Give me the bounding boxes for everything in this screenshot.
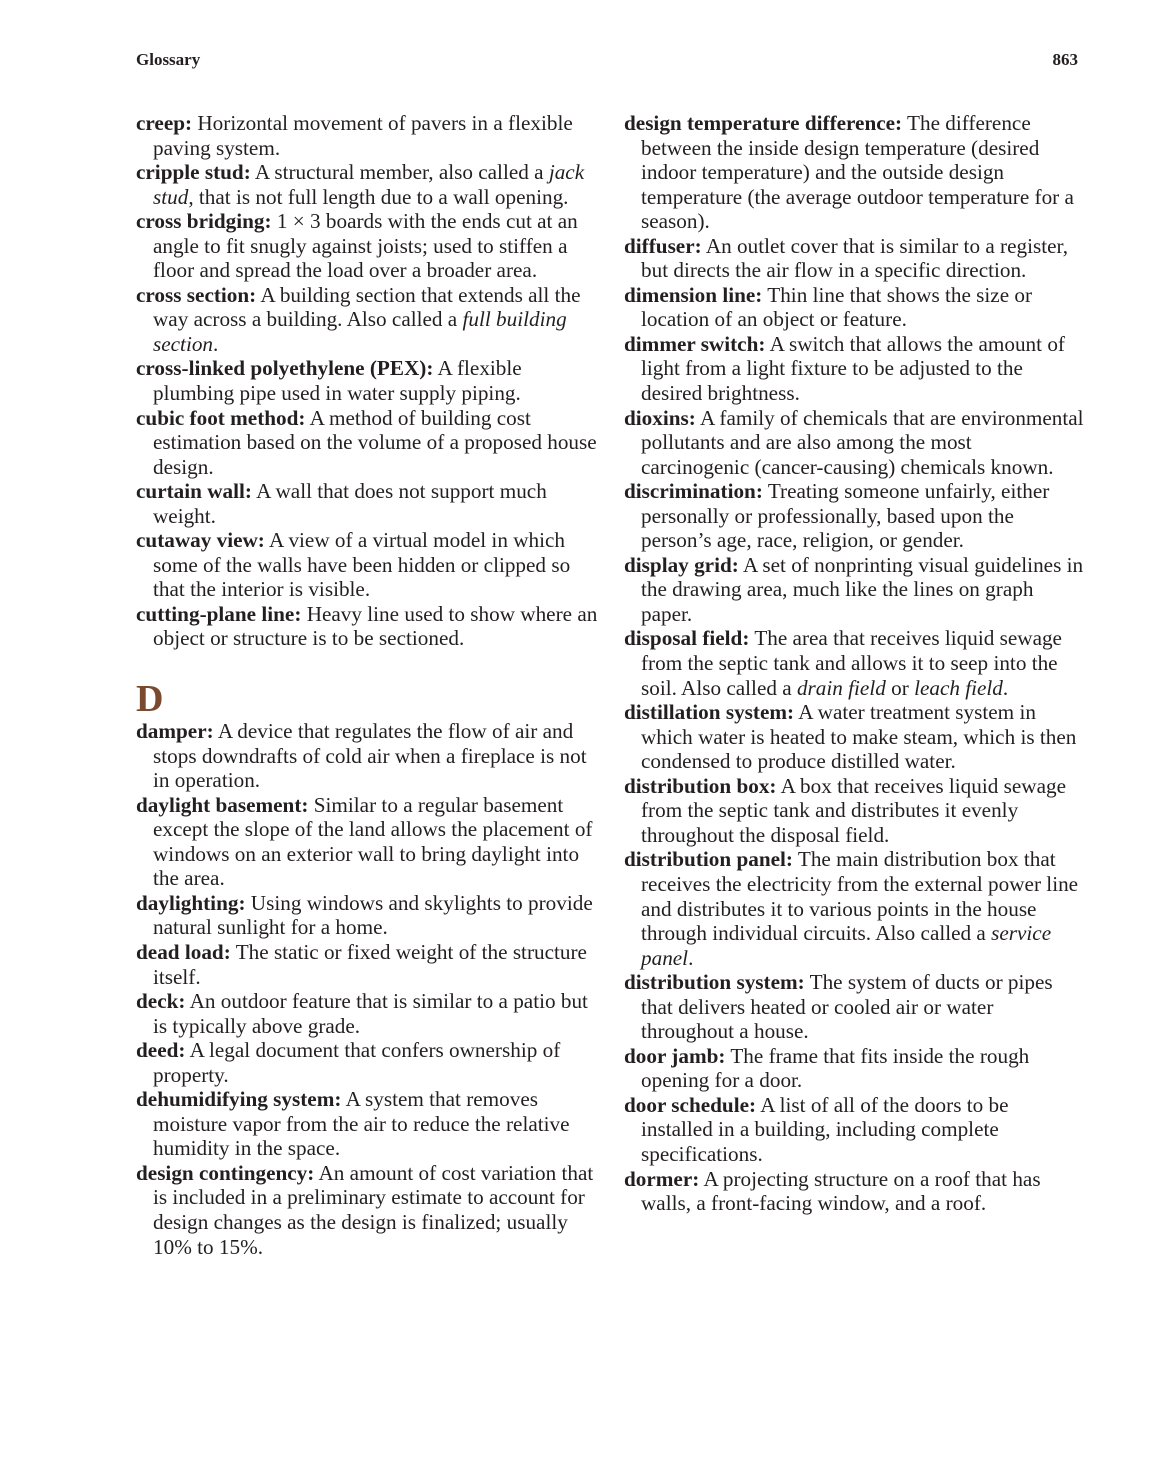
glossary-entry: daylighting: Using windows and skylights… bbox=[136, 891, 598, 940]
page-number: 863 bbox=[1053, 50, 1079, 70]
glossary-term: diffuser: bbox=[624, 234, 702, 258]
glossary-term: dehumidifying system: bbox=[136, 1087, 341, 1111]
glossary-term: dioxins: bbox=[624, 406, 696, 430]
glossary-term: daylighting: bbox=[136, 891, 246, 915]
letter-heading-d: D bbox=[136, 679, 598, 719]
glossary-term: dormer: bbox=[624, 1167, 699, 1191]
glossary-entry: daylight basement: Similar to a regular … bbox=[136, 793, 598, 891]
glossary-definition: An outlet cover that is similar to a reg… bbox=[641, 234, 1068, 283]
glossary-entry: dioxins: A family of chemicals that are … bbox=[624, 406, 1084, 480]
glossary-term: discrimination: bbox=[624, 479, 763, 503]
glossary-term: cubic foot method: bbox=[136, 406, 305, 430]
glossary-entry: cripple stud: A structural member, also … bbox=[136, 160, 598, 209]
glossary-definition: An outdoor feature that is similar to a … bbox=[153, 989, 588, 1038]
glossary-term: deed: bbox=[136, 1038, 185, 1062]
glossary-term: design contingency: bbox=[136, 1161, 314, 1185]
glossary-entry: cutting-plane line: Heavy line used to s… bbox=[136, 602, 598, 651]
glossary-definition: A device that regulates the flow of air … bbox=[153, 719, 587, 792]
glossary-definition: Horizontal movement of pavers in a flexi… bbox=[153, 111, 573, 160]
glossary-entry: cross-linked polyethylene (PEX): A flexi… bbox=[136, 356, 598, 405]
glossary-entry: discrimination: Treating someone unfairl… bbox=[624, 479, 1084, 553]
glossary-term: cutaway view: bbox=[136, 528, 265, 552]
glossary-entry: cross bridging: 1 × 3 boards with the en… bbox=[136, 209, 598, 283]
glossary-entry: dehumidifying system: A system that remo… bbox=[136, 1087, 598, 1161]
glossary-term: damper: bbox=[136, 719, 214, 743]
glossary-entry: distribution box: A box that receives li… bbox=[624, 774, 1084, 848]
glossary-term: cross section: bbox=[136, 283, 256, 307]
glossary-entry: damper: A device that regulates the flow… bbox=[136, 719, 598, 793]
glossary-term: distribution system: bbox=[624, 970, 805, 994]
glossary-entry: design contingency: An amount of cost va… bbox=[136, 1161, 598, 1259]
glossary-entry: dimension line: Thin line that shows the… bbox=[624, 283, 1084, 332]
glossary-entry: door schedule: A list of all of the door… bbox=[624, 1093, 1084, 1167]
glossary-term: daylight basement: bbox=[136, 793, 308, 817]
glossary-entry: diffuser: An outlet cover that is simila… bbox=[624, 234, 1084, 283]
glossary-definition: A projecting structure on a roof that ha… bbox=[641, 1167, 1041, 1216]
entries-d: damper: A device that regulates the flow… bbox=[136, 719, 598, 1259]
glossary-definition: A legal document that confers ownership … bbox=[153, 1038, 560, 1087]
glossary-entry: deck: An outdoor feature that is similar… bbox=[136, 989, 598, 1038]
glossary-term: distribution panel: bbox=[624, 847, 793, 871]
glossary-term: cross-linked polyethylene (PEX): bbox=[136, 356, 433, 380]
glossary-term: cutting-plane line: bbox=[136, 602, 301, 626]
glossary-term: curtain wall: bbox=[136, 479, 252, 503]
glossary-term: distillation system: bbox=[624, 700, 794, 724]
glossary-term: creep: bbox=[136, 111, 192, 135]
glossary-column-left: creep: Horizontal movement of pavers in … bbox=[136, 111, 598, 1259]
glossary-entry: cross section: A building section that e… bbox=[136, 283, 598, 357]
glossary-term: distribution box: bbox=[624, 774, 776, 798]
glossary-entry: dimmer switch: A switch that allows the … bbox=[624, 332, 1084, 406]
glossary-term: door jamb: bbox=[624, 1044, 725, 1068]
glossary-entry: cutaway view: A view of a virtual model … bbox=[136, 528, 598, 602]
glossary-term: dead load: bbox=[136, 940, 231, 964]
glossary-entry: design temperature difference: The diffe… bbox=[624, 111, 1084, 234]
glossary-column-right: design temperature difference: The diffe… bbox=[624, 111, 1084, 1216]
glossary-term: dimmer switch: bbox=[624, 332, 765, 356]
glossary-entry: creep: Horizontal movement of pavers in … bbox=[136, 111, 598, 160]
glossary-entry: cubic foot method: A method of building … bbox=[136, 406, 598, 480]
glossary-term: disposal field: bbox=[624, 626, 749, 650]
running-head-title: Glossary bbox=[136, 50, 200, 70]
glossary-term: display grid: bbox=[624, 553, 739, 577]
glossary-term: dimension line: bbox=[624, 283, 762, 307]
glossary-entry: distribution system: The system of ducts… bbox=[624, 970, 1084, 1044]
glossary-entry: dormer: A projecting structure on a roof… bbox=[624, 1167, 1084, 1216]
glossary-entry: door jamb: The frame that fits inside th… bbox=[624, 1044, 1084, 1093]
glossary-term: design temperature difference: bbox=[624, 111, 902, 135]
glossary-entry: dead load: The static or fixed weight of… bbox=[136, 940, 598, 989]
glossary-term: cripple stud: bbox=[136, 160, 251, 184]
glossary-definition: A family of chemicals that are environme… bbox=[641, 406, 1084, 479]
entries-right: design temperature difference: The diffe… bbox=[624, 111, 1084, 1216]
glossary-entry: curtain wall: A wall that does not suppo… bbox=[136, 479, 598, 528]
glossary-entry: distribution panel: The main distributio… bbox=[624, 847, 1084, 970]
glossary-entry: deed: A legal document that confers owne… bbox=[136, 1038, 598, 1087]
glossary-term: door schedule: bbox=[624, 1093, 756, 1117]
glossary-entry: disposal field: The area that receives l… bbox=[624, 626, 1084, 700]
entries-before-d: creep: Horizontal movement of pavers in … bbox=[136, 111, 598, 651]
glossary-term: deck: bbox=[136, 989, 185, 1013]
glossary-entry: display grid: A set of nonprinting visua… bbox=[624, 553, 1084, 627]
glossary-term: cross bridging: bbox=[136, 209, 272, 233]
glossary-entry: distillation system: A water treatment s… bbox=[624, 700, 1084, 774]
